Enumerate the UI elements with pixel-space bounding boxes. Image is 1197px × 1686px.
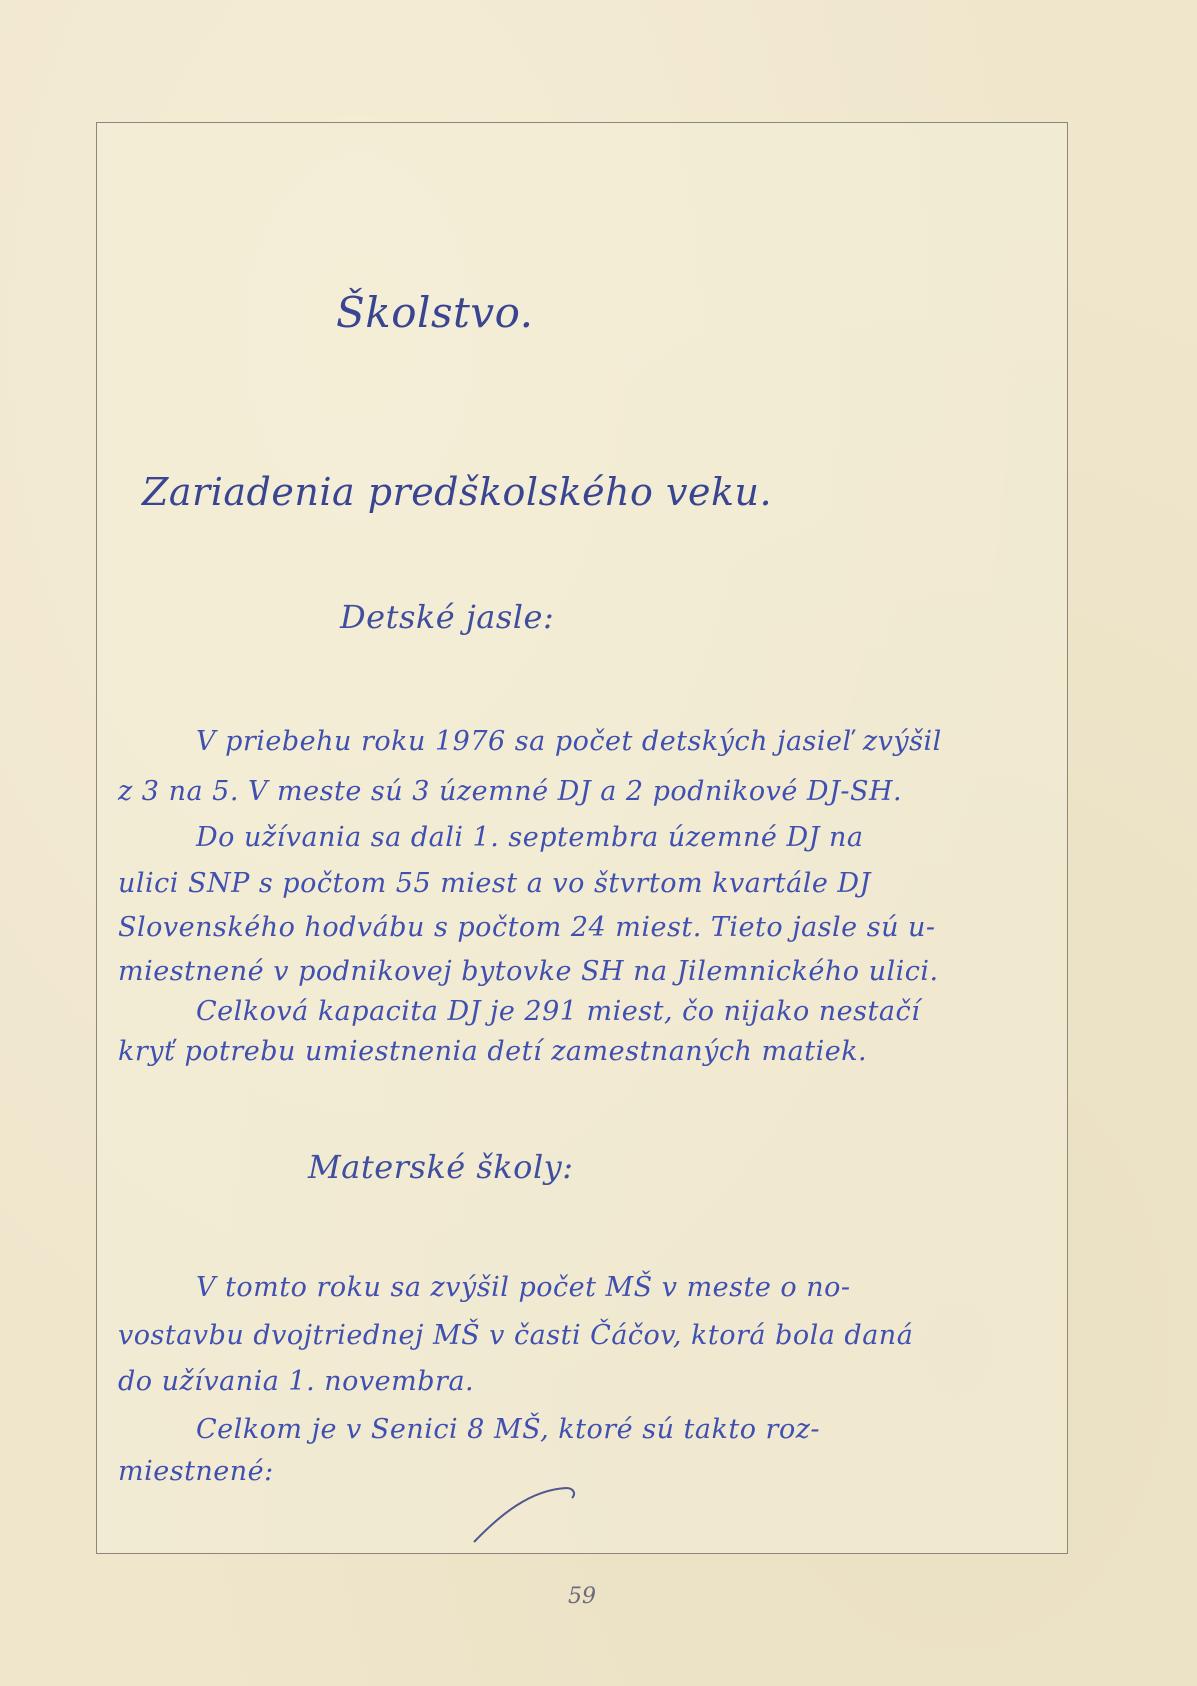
page-title: Školstvo. [336, 288, 534, 337]
section-heading: Zariadenia predškolského veku. [142, 470, 772, 514]
text-line: Slovenského hodvábu s počtom 24 miest. T… [118, 912, 936, 943]
text-line: Do užívania sa dali 1. septembra územné … [196, 822, 864, 853]
text-line: V tomto roku sa zvýšil počet MŠ v meste … [196, 1272, 851, 1303]
text-line: miestnené: [118, 1456, 274, 1487]
text-line: z 3 na 5. V meste sú 3 územné DJ a 2 pod… [118, 776, 902, 807]
text-line: V priebehu roku 1976 sa počet detských j… [196, 726, 942, 757]
subsection-heading-materske-skoly: Materské školy: [308, 1148, 574, 1186]
text-line: Celková kapacita DJ je 291 miest, čo nij… [196, 996, 920, 1027]
subsection-heading-detske-jasle: Detské jasle: [340, 598, 554, 636]
end-flourish-icon [470, 1480, 580, 1550]
text-line: kryť potrebu umiestnenia detí zamestnaný… [118, 1036, 867, 1067]
text-line: ulici SNP s počtom 55 miest a vo štvrtom… [118, 868, 871, 899]
text-line: miestnené v podnikovej bytovke SH na Jil… [118, 956, 939, 987]
text-line: do užívania 1. novembra. [118, 1366, 474, 1397]
text-line: Celkom je v Senici 8 MŠ, ktoré sú takto … [196, 1414, 820, 1445]
page-number: 59 [568, 1584, 596, 1609]
text-line: vostavbu dvojtriednej MŠ v časti Čáčov, … [118, 1320, 913, 1351]
